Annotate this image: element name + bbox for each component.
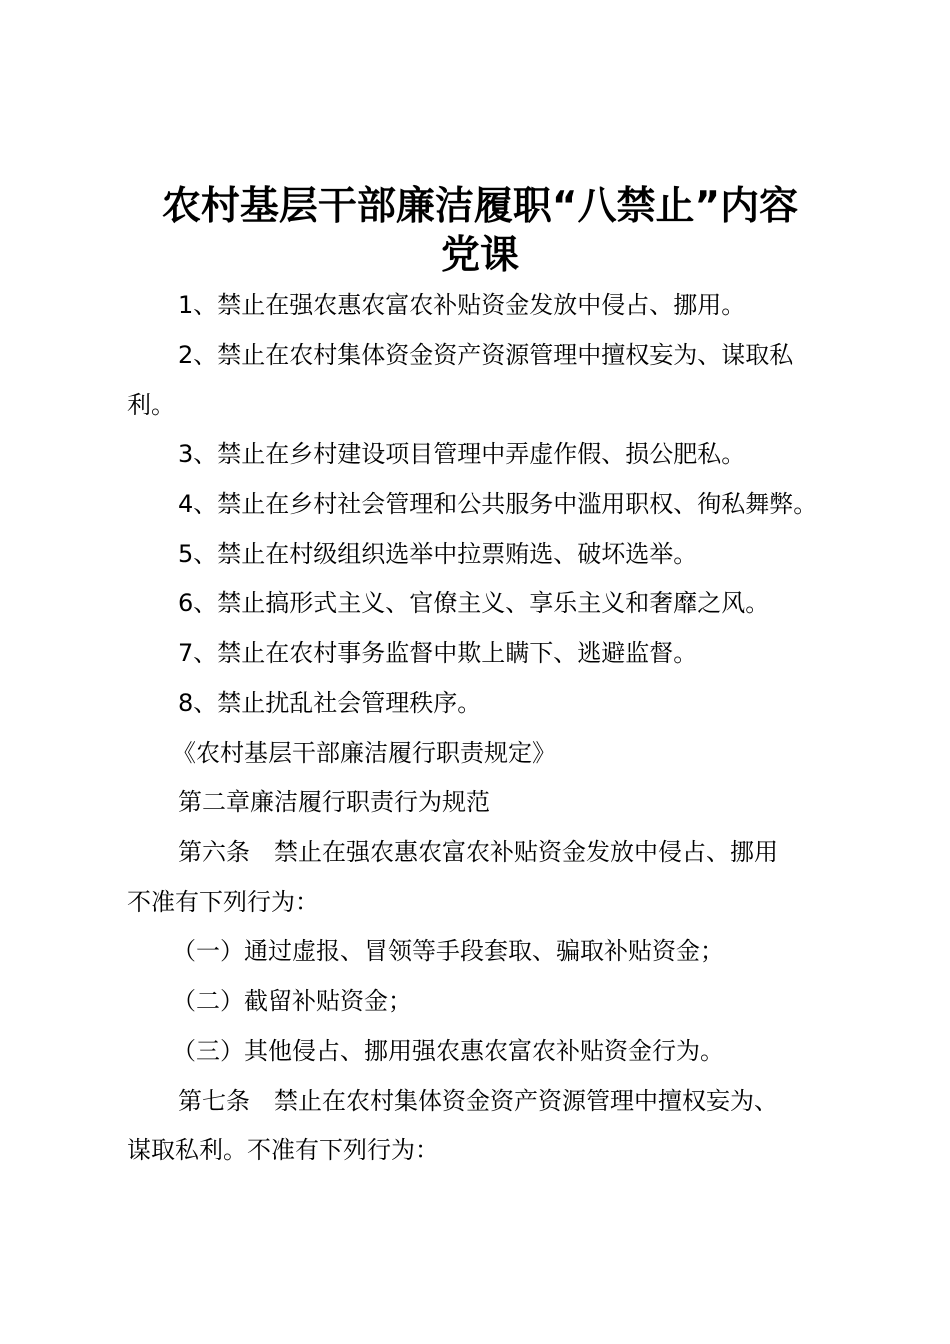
article-7-label: 第七条 — [178, 1087, 250, 1115]
prohibition-item-4: 4、禁止在乡村社会管理和公共服务中滥用职权、徇私舞弊。 — [178, 489, 908, 519]
article-7-heading: 第七条禁止在农村集体资金资产资源管理中擅权妄为、 — [178, 1086, 908, 1116]
prohibition-item-8: 8、禁止扰乱社会管理秩序。 — [178, 688, 908, 718]
document-title-line1: 农村基层干部廉洁履职“八禁止”内容 — [110, 182, 850, 232]
article-6-label: 第六条 — [178, 838, 250, 866]
article-6-item-3: （三）其他侵占、挪用强农惠农富农补贴资金行为。 — [172, 1036, 902, 1066]
article-6-heading: 第六条禁止在强农惠农富农补贴资金发放中侵占、挪用 — [178, 837, 908, 867]
article-6-item-1: （一）通过虚报、冒领等手段套取、骗取补贴资金； — [172, 936, 902, 966]
document-page: 农村基层干部廉洁履职“八禁止”内容 党课 1、禁止在强农惠农富农补贴资金发放中侵… — [0, 0, 950, 1344]
prohibition-item-1: 1、禁止在强农惠农富农补贴资金发放中侵占、挪用。 — [178, 290, 908, 320]
chapter-title: 第二章廉洁履行职责行为规范 — [178, 787, 908, 817]
regulation-title: 《农村基层干部廉洁履行职责规定》 — [172, 738, 902, 768]
article-7-text: 禁止在农村集体资金资产资源管理中擅权妄为、 — [274, 1087, 778, 1115]
prohibition-item-2-continued: 利。 — [127, 390, 857, 420]
article-7-text-continued: 谋取私利。不准有下列行为： — [127, 1135, 857, 1165]
prohibition-item-2: 2、禁止在农村集体资金资产资源管理中擅权妄为、谋取私 — [178, 340, 908, 370]
prohibition-item-7: 7、禁止在农村事务监督中欺上瞒下、逃避监督。 — [178, 638, 908, 668]
prohibition-item-3: 3、禁止在乡村建设项目管理中弄虚作假、损公肥私。 — [178, 439, 908, 469]
article-6-item-2: （二）截留补贴资金； — [172, 986, 902, 1016]
document-title-line2: 党课 — [110, 231, 850, 281]
prohibition-item-5: 5、禁止在村级组织选举中拉票贿选、破坏选举。 — [178, 539, 908, 569]
prohibition-item-6: 6、禁止搞形式主义、官僚主义、享乐主义和奢靡之风。 — [178, 588, 908, 618]
article-6-text: 禁止在强农惠农富农补贴资金发放中侵占、挪用 — [274, 838, 778, 866]
article-6-text-continued: 不准有下列行为： — [127, 887, 857, 917]
